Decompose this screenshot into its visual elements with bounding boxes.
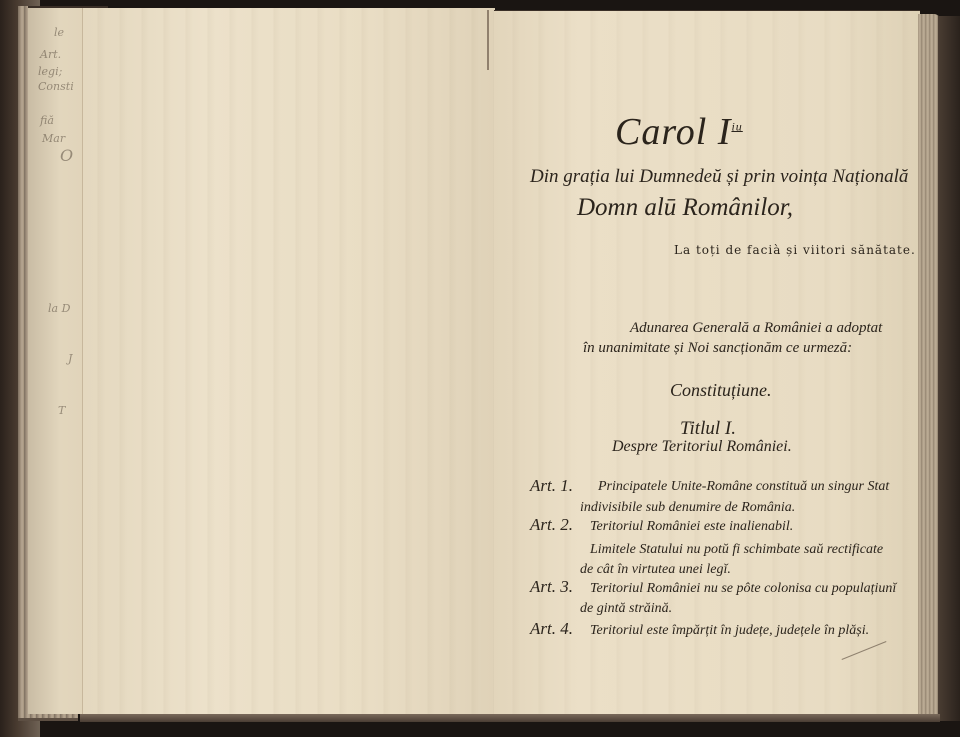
article-3-line-1: Teritoriul României nu se pôte colonisa … xyxy=(590,581,896,597)
article-3-label: Art. 3. xyxy=(530,577,573,597)
article-4-line-1: Teritoriul este împărțit în județe, jude… xyxy=(590,623,869,639)
article-2-label: Art. 2. xyxy=(530,515,573,535)
article-2-line-2: Limitele Statului nu potŭ fi schimbate s… xyxy=(590,542,883,558)
article-1-line-1: Principatele Unite-Române constituă un s… xyxy=(598,479,889,495)
page-stack-right xyxy=(918,14,940,720)
edge-fragment: T xyxy=(58,404,65,417)
article-2-line-1: Teritoriul României este inalienabil. xyxy=(590,519,793,535)
edge-fragment: legi; xyxy=(38,65,62,78)
edge-fragment: la D xyxy=(48,302,70,315)
book-bottom-edge xyxy=(80,714,940,722)
heading-constitution: Constituțiune. xyxy=(670,380,772,401)
subtitle-line-2: Domn alū Românilor, xyxy=(577,194,793,222)
edge-fragment: J xyxy=(68,352,72,365)
edge-fragment: Mar xyxy=(42,132,65,145)
article-4-label: Art. 4. xyxy=(530,619,573,639)
article-1-line-2: indivisibile sub denumire de România. xyxy=(580,500,795,516)
edge-fragment: fiă xyxy=(40,114,54,127)
edge-fragment: Art. xyxy=(40,48,61,61)
heading-title-section-subtitle: Despre Teritoriul României. xyxy=(612,438,792,456)
edge-fragment: O xyxy=(60,146,73,165)
gutter-crease xyxy=(487,10,489,70)
article-2-line-3: de cât în virtutea unei legĭ. xyxy=(580,562,731,578)
open-book: le Art. legi; Consti fiă Mar O la D J T … xyxy=(0,0,960,737)
heading-title-section: Titlul I. xyxy=(680,418,736,440)
book-cover-right xyxy=(938,16,960,721)
preamble-line-2: în unanimitate și Noi sancționăm ce urme… xyxy=(583,340,852,357)
article-1-label: Art. 1. xyxy=(530,476,573,496)
page-title: Carol Iiu xyxy=(615,110,743,154)
subtitle-line-1: Din grația lui Dumnedeŭ și prin voința N… xyxy=(530,166,908,188)
edge-fragment: Consti xyxy=(38,80,74,93)
preamble-line-1: Adunarea Generală a României a adoptat xyxy=(630,320,882,337)
edge-fragment: le xyxy=(54,26,64,39)
left-page-blank xyxy=(82,8,495,716)
article-3-line-2: de gintă străină. xyxy=(580,601,672,617)
greeting: La toți de facià și viitori sănătate. xyxy=(674,243,916,257)
